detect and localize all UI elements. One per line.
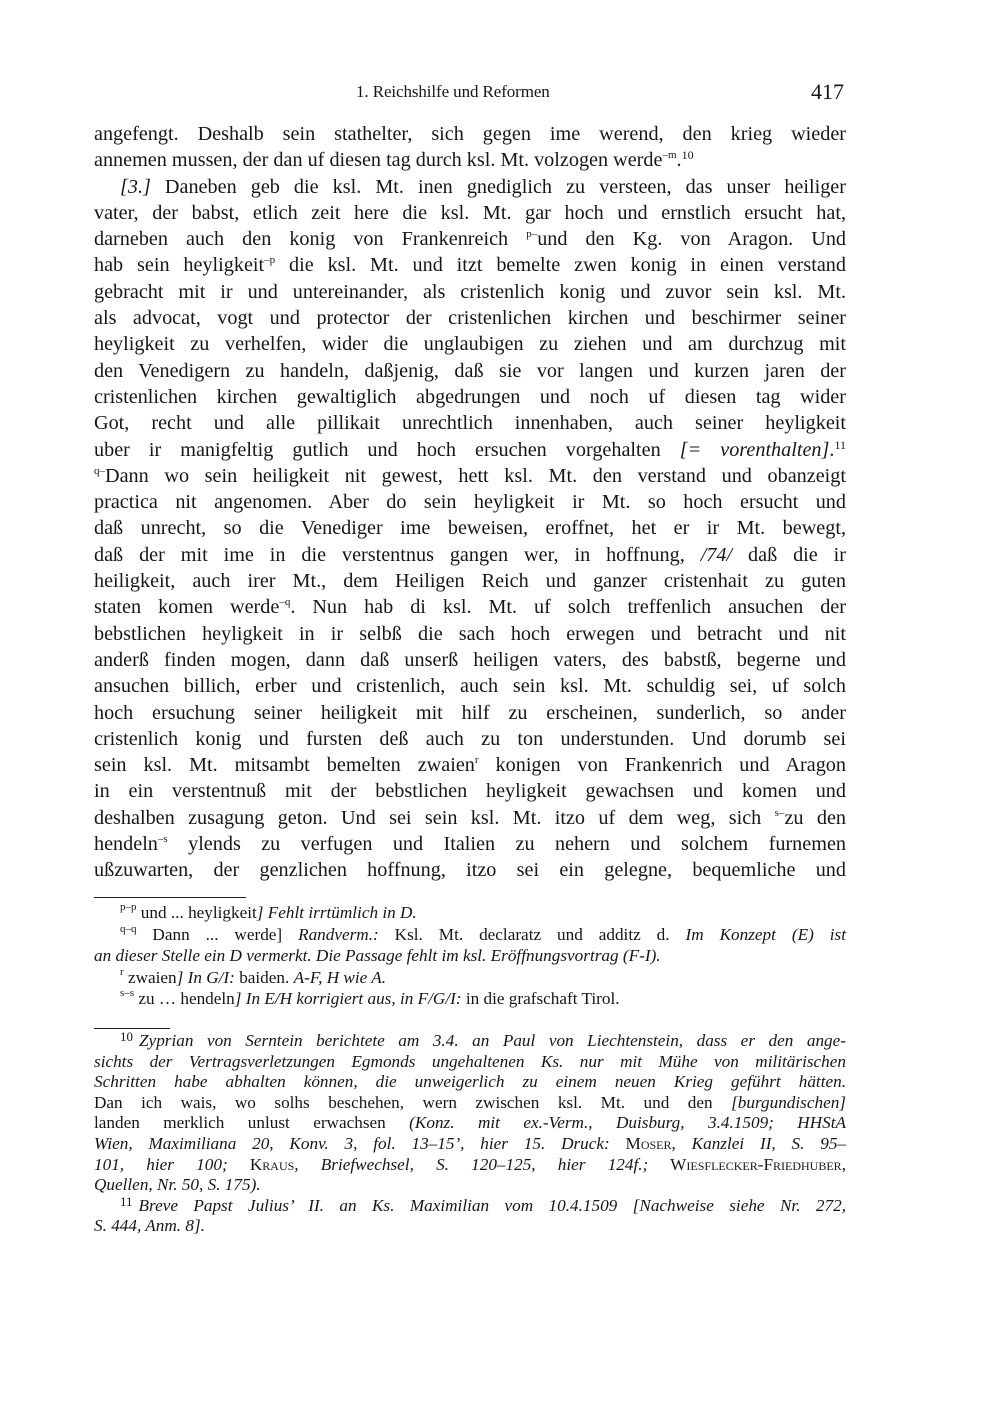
footnote-number: 10 bbox=[120, 1029, 133, 1044]
text-line: staten komen werde–q. Nun hab di ksl. Mt… bbox=[94, 594, 846, 620]
text-line: q–Dann wo sein heiligkeit nit gewest, he… bbox=[94, 463, 846, 489]
apparatus-entry: q–q Dann ... werde] Randverm.: Ksl. Mt. … bbox=[94, 924, 846, 946]
apparatus-entry: r zwaien] In G/I: baiden. A-F, H wie A. bbox=[94, 967, 846, 989]
apparatus-mark: q– bbox=[94, 465, 105, 477]
text-line: gebracht mit ir und untereinander, als c… bbox=[94, 279, 846, 305]
text-line: bebstlichen heyligkeit in ir selbß die s… bbox=[94, 621, 846, 647]
apparatus-rule bbox=[94, 897, 246, 898]
footnote-line: Schritten habe abhalten können, die unwe… bbox=[94, 1072, 846, 1093]
page-number: 417 bbox=[811, 79, 844, 105]
text-line: deshalben zusagung geton. Und sei sein k… bbox=[94, 805, 846, 831]
footnote-11: 11Breve Papst Julius’ II. an Ks. Maximil… bbox=[94, 1196, 846, 1217]
footnote-ref: 10 bbox=[682, 148, 694, 162]
running-head: 1. Reichshilfe und Reformen 417 bbox=[94, 80, 846, 108]
text-line: hoch ersuchung seiner heiligkeit mit hil… bbox=[94, 700, 846, 726]
editorial-gloss: [= vorenthalten] bbox=[680, 439, 830, 461]
footnote-line: Wien, Maximiliana 20, Konv. 3, fol. 13–1… bbox=[94, 1134, 846, 1155]
footnote-line: S. 444, Anm. 8]. bbox=[94, 1216, 846, 1237]
main-text: angefengt. Deshalb sein stathelter, sich… bbox=[94, 121, 846, 884]
footnote-line: sichts der Vertragsverletzungen Egmonds … bbox=[94, 1052, 846, 1073]
text-line: annemen mussen, der dan uf diesen tag du… bbox=[94, 147, 846, 173]
author-name: Wiesflecker-Friedhuber bbox=[648, 1155, 841, 1174]
text-line: in ein verstentnuß mit der bebstlichen h… bbox=[94, 778, 846, 804]
text-line: ußzuwarten, der genzlichen hoffnung, itz… bbox=[94, 857, 846, 883]
text-line: daß der mit ime in die verstentnus gange… bbox=[94, 542, 846, 568]
apparatus-mark: –s bbox=[158, 833, 168, 845]
footnotes: 10Zyprian von Serntein berichtete am 3.4… bbox=[94, 1031, 846, 1237]
footnote-number: 11 bbox=[120, 1194, 133, 1209]
text-line: Got, recht und alle pillikait unrechtlic… bbox=[94, 410, 846, 436]
footnote-line: landen merklich unlust erwachsen (Konz. … bbox=[94, 1113, 846, 1134]
text-line: hab sein heyligkeit–p die ksl. Mt. und i… bbox=[94, 252, 846, 278]
text-line: ansuchen billich, erber und cristenlich,… bbox=[94, 673, 846, 699]
text-line: heyligkeit zu verhelfen, wider die ungla… bbox=[94, 331, 846, 357]
apparatus-mark: –p bbox=[264, 254, 275, 266]
apparatus-entry-continued: an dieser Stelle ein D vermerkt. Die Pas… bbox=[94, 945, 846, 967]
text-line: sein ksl. Mt. mitsambt bemelten zwaienr … bbox=[94, 752, 846, 778]
footnote-line: Quellen, Nr. 50, S. 175). bbox=[94, 1175, 846, 1196]
footnote-line: 101, hier 100; Kraus, Briefwechsel, S. 1… bbox=[94, 1155, 846, 1176]
running-title: 1. Reichshilfe und Reformen bbox=[356, 82, 550, 102]
text-line: cristenlich konig und fursten deß auch z… bbox=[94, 726, 846, 752]
footnote-ref: 11 bbox=[834, 438, 846, 452]
text-line: uber ir manigfeltig gutlich und hoch ers… bbox=[94, 437, 846, 463]
text-line: cristenlichen kirchen gewaltiglich abged… bbox=[94, 384, 846, 410]
apparatus-mark: –q bbox=[279, 596, 290, 608]
text-line: daß unrecht, so die Venediger ime beweis… bbox=[94, 515, 846, 541]
text-line: vater, der babst, etlich zeit here die k… bbox=[94, 200, 846, 226]
footnote-line: Dan ich wais, wo solhs beschehen, wern z… bbox=[94, 1093, 846, 1114]
author-name: Kraus bbox=[228, 1155, 295, 1174]
apparatus-entry: s–s zu … hendeln] In E/H korrigiert aus,… bbox=[94, 988, 846, 1010]
footnote-10: 10Zyprian von Serntein berichtete am 3.4… bbox=[94, 1031, 846, 1052]
text-line: angefengt. Deshalb sein stathelter, sich… bbox=[94, 121, 846, 147]
text-line: als advocat, vogt und protector der cris… bbox=[94, 305, 846, 331]
text-line: hendeln–s ylends zu verfugen und Italien… bbox=[94, 831, 846, 857]
apparatus-mark: s– bbox=[775, 807, 785, 819]
text-line: anderß finden mogen, dann daß unserß hei… bbox=[94, 647, 846, 673]
apparatus-mark: –m bbox=[662, 149, 676, 161]
text-line: darneben auch den konig von Frankenreich… bbox=[94, 226, 846, 252]
text-line: [3.] Daneben geb die ksl. Mt. inen gnedi… bbox=[94, 174, 846, 200]
folio-marker: /74/ bbox=[701, 544, 732, 566]
apparatus-entry: p–p und ... heyligkeit] Fehlt irrtümlich… bbox=[94, 902, 846, 924]
critical-apparatus: p–p und ... heyligkeit] Fehlt irrtümlich… bbox=[94, 902, 846, 1010]
section-number: [3.] bbox=[120, 176, 151, 198]
text-line: heiligkeit, auch irer Mt., dem Heiligen … bbox=[94, 568, 846, 594]
author-name: Moser bbox=[610, 1134, 672, 1153]
apparatus-mark: p– bbox=[526, 228, 537, 240]
text-line: practica nit angenomen. Aber do sein hey… bbox=[94, 489, 846, 515]
text-line: den Venedigern zu handeln, daßjenig, daß… bbox=[94, 358, 846, 384]
